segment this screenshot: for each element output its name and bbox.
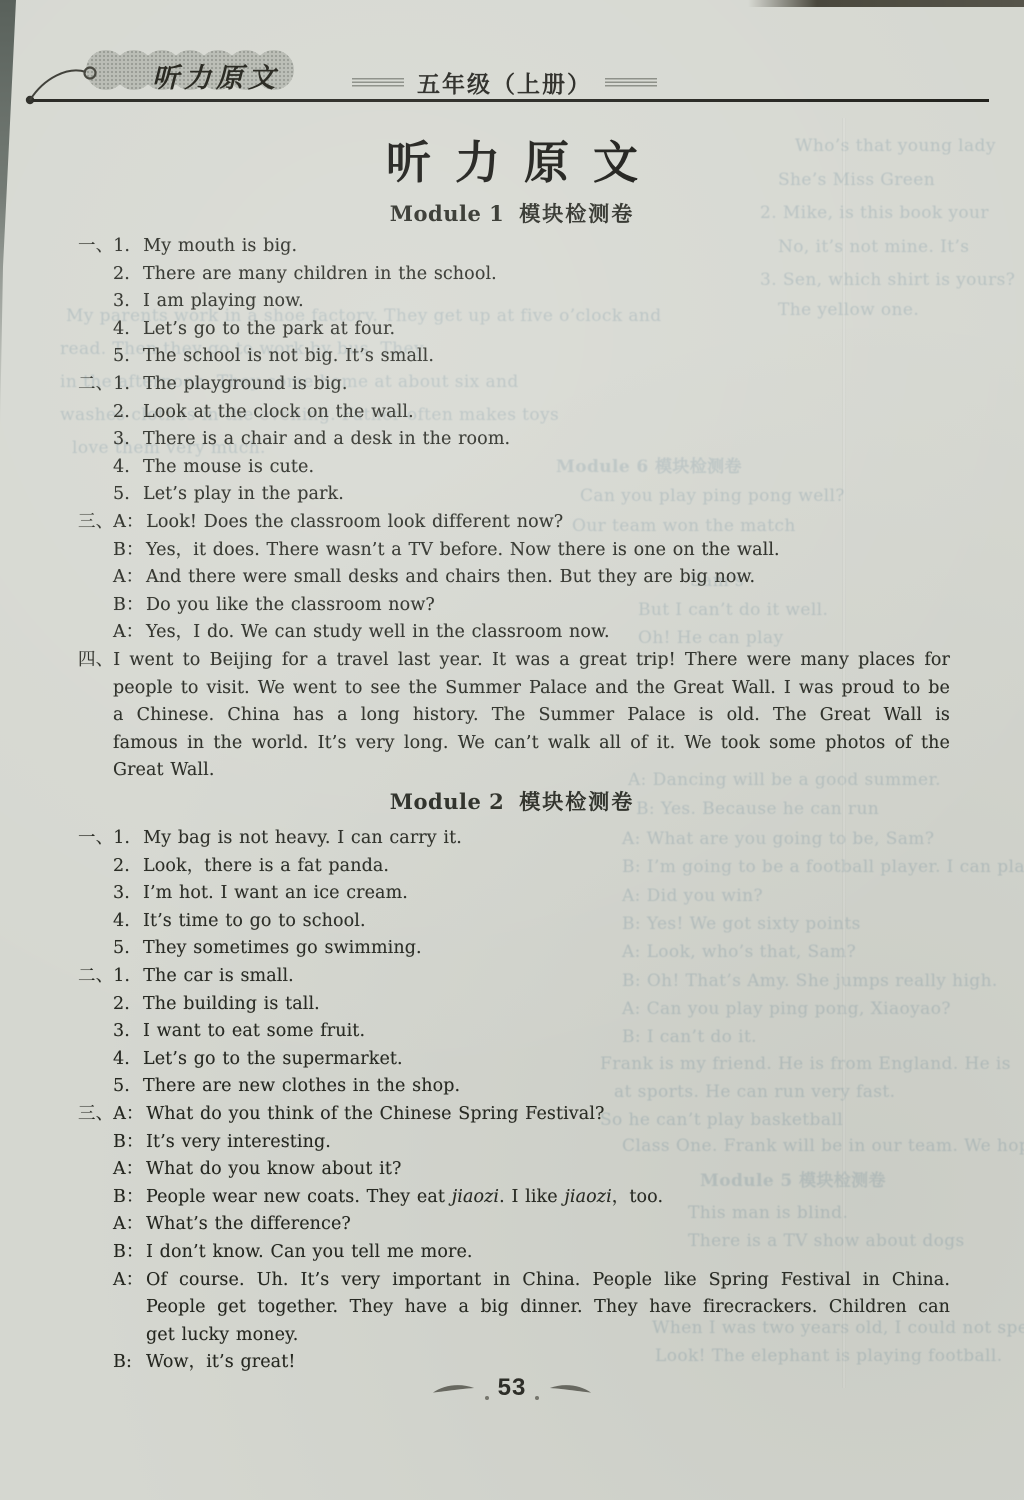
dialogue-text-segment: ，too. [612, 1187, 663, 1207]
item-number: 3. [113, 880, 143, 908]
body-line: 4.The mouse is cute. [78, 454, 950, 482]
scan-edge-top-right [748, 0, 1024, 7]
speaker-label: B： [113, 537, 146, 565]
paragraph-text: I went to Beijing for a travel last year… [113, 647, 950, 675]
section-marker: 二、 [78, 963, 113, 991]
section-marker [78, 261, 113, 289]
section-marker [78, 564, 113, 592]
speaker-label: A： [113, 1211, 146, 1239]
module-heading-en: Module 2 [390, 789, 504, 814]
item-text: The school is not big. It’s small. [143, 343, 950, 371]
speaker-label: B： [113, 592, 146, 620]
page-footer: 53 [0, 1374, 1024, 1402]
section-marker [78, 1294, 113, 1322]
item-text: Let’s go to the park at four. [143, 316, 950, 344]
body-line: a Chinese. China has a long history. The… [78, 702, 950, 730]
dialogue-text: What’s the difference? [146, 1211, 950, 1239]
section-marker [78, 1129, 113, 1157]
section-marker [78, 1156, 113, 1184]
section-marker [78, 702, 113, 730]
speaker-label: A： [113, 619, 146, 647]
item-text: My mouth is big. [143, 233, 950, 261]
body-line: 2.Look at the clock on the wall. [78, 399, 950, 427]
dialogue-text-segment: People wear new coats. They eat [146, 1187, 452, 1207]
body-line: B：People wear new coats. They eat jiaozi… [78, 1184, 950, 1212]
speaker-label: A： [113, 1267, 146, 1295]
speaker-label [113, 1322, 146, 1350]
dialogue-text: People get together. They have a big din… [146, 1294, 950, 1322]
dialogue-text-segment: jiaozi [452, 1187, 499, 1207]
item-text: I want to eat some fruit. [143, 1018, 950, 1046]
body-line: 二、1.The playground is big. [78, 371, 950, 399]
section-marker: 三、 [78, 1101, 113, 1129]
item-text: Let’s go to the supermarket. [143, 1046, 950, 1074]
section-marker [78, 454, 113, 482]
section-marker [78, 1018, 113, 1046]
item-number: 3. [113, 426, 143, 454]
paragraph-text: Great Wall. [113, 757, 950, 785]
paragraph-text: people to visit. We went to see the Summ… [113, 675, 950, 703]
speaker-label: A： [113, 564, 146, 592]
item-number: 4. [113, 908, 143, 936]
section-marker [78, 730, 113, 758]
item-text: The building is tall. [143, 991, 950, 1019]
section-marker [78, 343, 113, 371]
stripe-rule-icon [605, 78, 657, 88]
body-line: 三、A：Look! Does the classroom look differ… [78, 509, 950, 537]
module-heading-cn: 模块检测卷 [519, 791, 634, 814]
item-number: 2. [113, 853, 143, 881]
body-line: 5.Let’s play in the park. [78, 481, 950, 509]
dialogue-text-segment: . I like [499, 1187, 564, 1207]
stripe-rule-icon [352, 78, 404, 88]
footer-swash-icon [548, 1381, 592, 1395]
body-line: 2.There are many children in the school. [78, 261, 950, 289]
body-line: 5.They sometimes go swimming. [78, 935, 950, 963]
speaker-label: B: [113, 1349, 146, 1377]
dialogue-text: And there were small desks and chairs th… [146, 564, 950, 592]
header-grade: 五年级（上册） [352, 66, 657, 99]
dialogue-text: Look! Does the classroom look different … [146, 509, 950, 537]
section-marker [78, 399, 113, 427]
section-marker [78, 316, 113, 344]
item-number: 1. [113, 963, 143, 991]
item-text: The mouse is cute. [143, 454, 950, 482]
dialogue-text: It’s very interesting. [146, 1129, 950, 1157]
grade-label: 五年级（上册） [417, 66, 592, 99]
body-line: Great Wall. [78, 757, 950, 785]
body-line: A：What do you know about it? [78, 1156, 950, 1184]
header-rule [33, 99, 989, 102]
section-marker [78, 619, 113, 647]
dialogue-text: Do you like the classroom now? [146, 592, 950, 620]
item-text: I’m hot. I want an ice cream. [143, 880, 950, 908]
item-number: 1. [113, 233, 143, 261]
item-number: 5. [113, 1073, 143, 1101]
item-text: Look at the clock on the wall. [143, 399, 950, 427]
section-marker [78, 675, 113, 703]
body-line: 2.The building is tall. [78, 991, 950, 1019]
body-line: 5.There are new clothes in the shop. [78, 1073, 950, 1101]
section-marker [78, 288, 113, 316]
item-number: 4. [113, 316, 143, 344]
body-line: 3.I want to eat some fruit. [78, 1018, 950, 1046]
item-number: 4. [113, 1046, 143, 1074]
speaker-label: A： [113, 1101, 146, 1129]
section-marker: 一、 [78, 825, 113, 853]
body-line: B：Do you like the classroom now? [78, 592, 950, 620]
body-line: B:Wow，it’s great! [78, 1349, 950, 1377]
body-line: B：Yes，it does. There wasn’t a TV before.… [78, 537, 950, 565]
paragraph-text: a Chinese. China has a long history. The… [113, 702, 950, 730]
section-marker [78, 426, 113, 454]
speaker-label: A： [113, 1156, 146, 1184]
body-line: B：It’s very interesting. [78, 1129, 950, 1157]
dialogue-text: get lucky money. [146, 1322, 950, 1350]
item-number: 2. [113, 261, 143, 289]
module-body: 一、1.My mouth is big.2.There are many chi… [78, 233, 950, 785]
body-line: A：And there were small desks and chairs … [78, 564, 950, 592]
section-marker: 四、 [78, 647, 113, 675]
module-heading-cn: 模块检测卷 [519, 203, 634, 226]
body-line: A：Yes，I do. We can study well in the cla… [78, 619, 950, 647]
footer-dot-icon [485, 1396, 489, 1400]
section-marker [78, 1239, 113, 1267]
item-text: The car is small. [143, 963, 950, 991]
section-marker [78, 1211, 113, 1239]
item-number: 3. [113, 288, 143, 316]
section-marker: 一、 [78, 233, 113, 261]
module-body: 一、1.My bag is not heavy. I can carry it.… [78, 825, 950, 1377]
speaker-label: B： [113, 1184, 146, 1212]
item-text: There is a chair and a desk in the room. [143, 426, 950, 454]
section-marker [78, 1322, 113, 1350]
body-line: A：Of course. Uh. It’s very important in … [78, 1267, 950, 1295]
item-number: 5. [113, 935, 143, 963]
section-marker [78, 592, 113, 620]
body-line: 3.There is a chair and a desk in the roo… [78, 426, 950, 454]
header-badge-label: 听力原文 [152, 56, 280, 95]
body-line: 4.Let’s go to the supermarket. [78, 1046, 950, 1074]
dialogue-text: What do you know about it? [146, 1156, 950, 1184]
body-line: 4.It’s time to go to school. [78, 908, 950, 936]
speaker-label: B： [113, 1239, 146, 1267]
item-text: I am playing now. [143, 288, 950, 316]
section-marker [78, 853, 113, 881]
item-number: 5. [113, 343, 143, 371]
section-marker: 三、 [78, 509, 113, 537]
section-marker [78, 991, 113, 1019]
section-marker [78, 1349, 113, 1377]
speaker-label [113, 1294, 146, 1322]
section-marker [78, 1267, 113, 1295]
module-heading: Module 2模块检测卷 [0, 786, 1024, 818]
item-number: 5. [113, 481, 143, 509]
textbook-scan-page: Who’s that young ladyShe’s Miss Green2. … [0, 0, 1024, 1500]
section-marker [78, 1046, 113, 1074]
item-text: It’s time to go to school. [143, 908, 950, 936]
body-line: A：What’s the difference? [78, 1211, 950, 1239]
body-line: 四、I went to Beijing for a travel last ye… [78, 647, 950, 675]
section-marker [78, 935, 113, 963]
body-line: B：I don’t know. Can you tell me more. [78, 1239, 950, 1267]
dialogue-text: Of course. Uh. It’s very important in Ch… [146, 1267, 950, 1295]
body-line: 2.Look，there is a fat panda. [78, 853, 950, 881]
item-number: 2. [113, 399, 143, 427]
body-line: 3.I’m hot. I want an ice cream. [78, 880, 950, 908]
section-marker [78, 757, 113, 785]
item-text: Look，there is a fat panda. [143, 853, 950, 881]
section-marker [78, 1184, 113, 1212]
dialogue-text: People wear new coats. They eat jiaozi. … [146, 1184, 950, 1212]
body-line: 三、A：What do you think of the Chinese Spr… [78, 1101, 950, 1129]
body-line: 一、1.My mouth is big. [78, 233, 950, 261]
section-marker [78, 537, 113, 565]
paragraph-text: famous in the world. It’s very long. We … [113, 730, 950, 758]
section-marker [78, 908, 113, 936]
item-number: 1. [113, 371, 143, 399]
dialogue-text-segment: jiaozi [564, 1187, 611, 1207]
page-number: 53 [498, 1374, 527, 1402]
item-text: The playground is big. [143, 371, 950, 399]
footer-dot-icon [535, 1396, 539, 1400]
item-text: There are many children in the school. [143, 261, 950, 289]
item-text: There are new clothes in the shop. [143, 1073, 950, 1101]
dialogue-text: Yes，I do. We can study well in the class… [146, 619, 950, 647]
body-line: 一、1.My bag is not heavy. I can carry it. [78, 825, 950, 853]
dialogue-text: Wow，it’s great! [146, 1349, 950, 1377]
body-line: people to visit. We went to see the Summ… [78, 675, 950, 703]
item-number: 4. [113, 454, 143, 482]
dialogue-text: Yes，it does. There wasn’t a TV before. N… [146, 537, 950, 565]
dialogue-text: I don’t know. Can you tell me more. [146, 1239, 950, 1267]
module-heading-en: Module 1 [390, 201, 504, 226]
section-marker [78, 880, 113, 908]
item-text: Let’s play in the park. [143, 481, 950, 509]
item-text: They sometimes go swimming. [143, 935, 950, 963]
body-line: get lucky money. [78, 1322, 950, 1350]
item-number: 3. [113, 1018, 143, 1046]
body-line: 二、1.The car is small. [78, 963, 950, 991]
body-line: 4.Let’s go to the park at four. [78, 316, 950, 344]
page-title: 听力原文 [0, 126, 1024, 191]
section-marker [78, 481, 113, 509]
body-line: 5.The school is not big. It’s small. [78, 343, 950, 371]
footer-swash-icon [432, 1381, 476, 1395]
item-number: 2. [113, 991, 143, 1019]
section-marker: 二、 [78, 371, 113, 399]
section-marker [78, 1073, 113, 1101]
speaker-label: A： [113, 509, 146, 537]
body-line: 3.I am playing now. [78, 288, 950, 316]
module-heading: Module 1模块检测卷 [0, 198, 1024, 230]
body-line: People get together. They have a big din… [78, 1294, 950, 1322]
speaker-label: B： [113, 1129, 146, 1157]
item-number: 1. [113, 825, 143, 853]
dialogue-text: What do you think of the Chinese Spring … [146, 1101, 950, 1129]
item-text: My bag is not heavy. I can carry it. [143, 825, 950, 853]
body-line: famous in the world. It’s very long. We … [78, 730, 950, 758]
